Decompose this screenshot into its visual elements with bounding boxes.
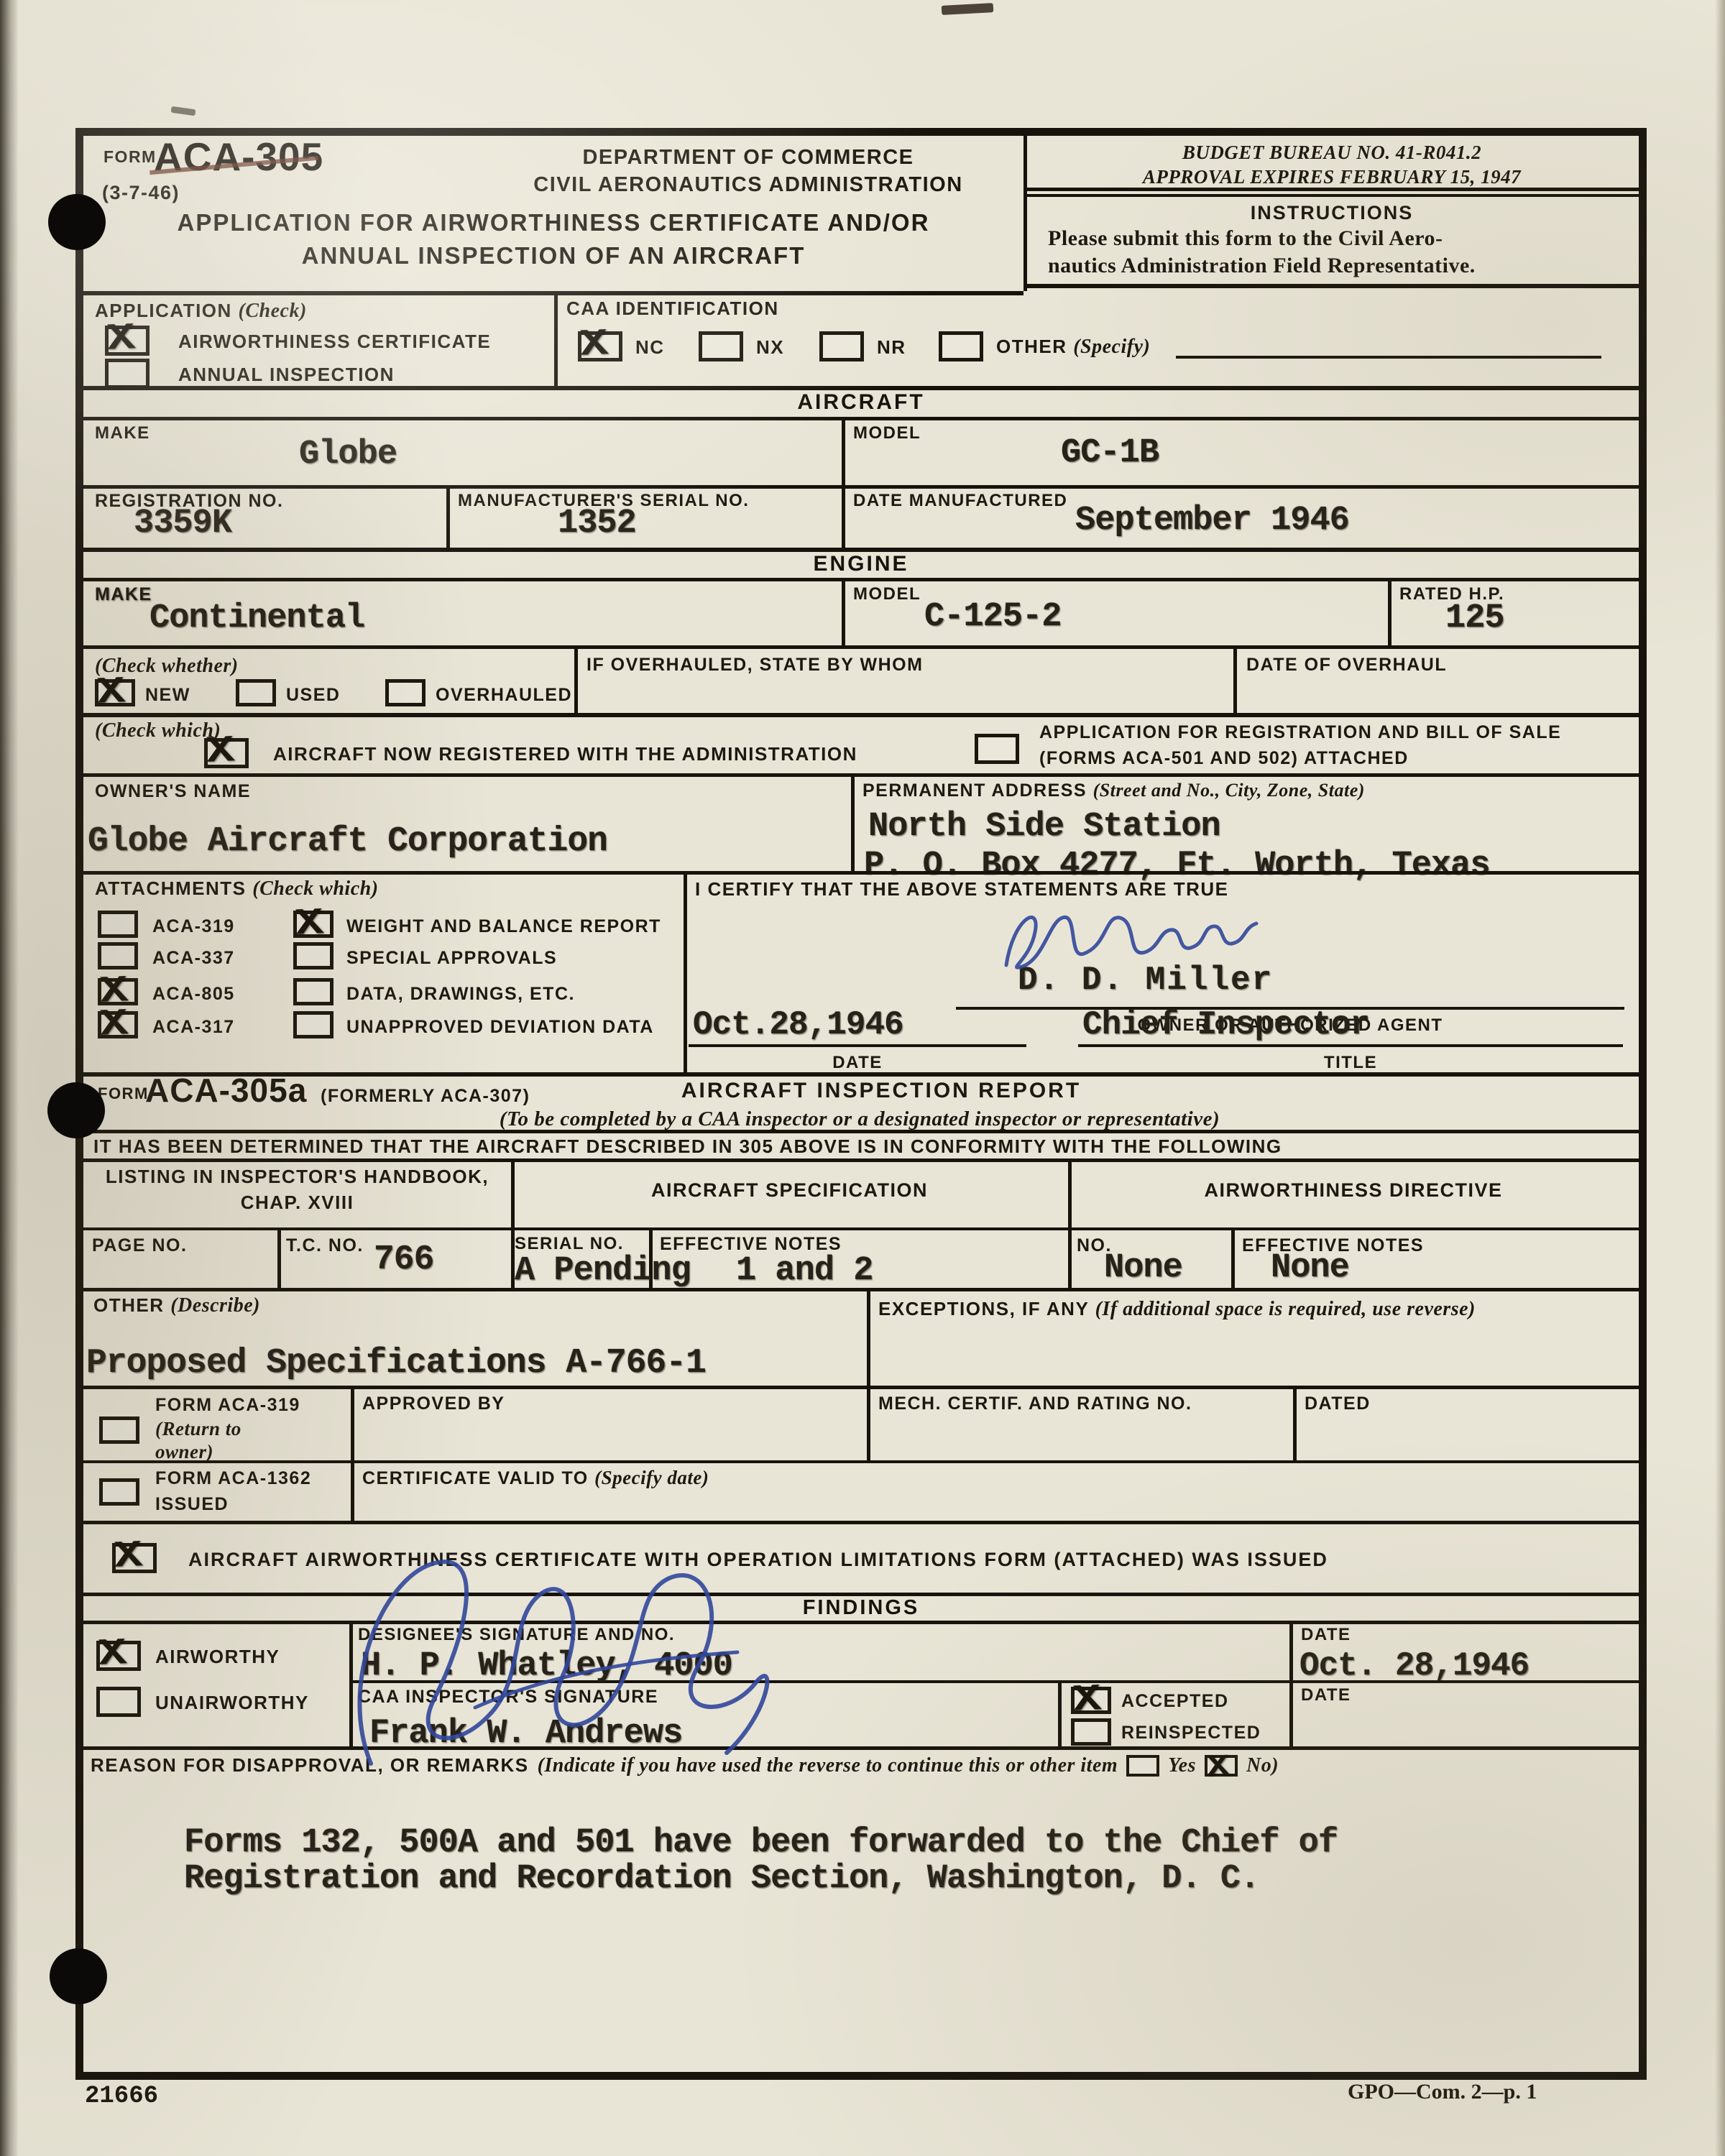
certify-date-value[interactable]: Oct.28,1946 xyxy=(693,1008,903,1041)
divider xyxy=(1058,1680,1062,1746)
checkbox-mark: X xyxy=(97,1635,127,1674)
caa-identification-label: CAA IDENTIFICATION xyxy=(566,298,779,320)
remarks-body-line2[interactable]: Registration and Recordation Section, Wa… xyxy=(184,1862,1259,1896)
form-aca-1362-checkbox[interactable] xyxy=(99,1478,139,1506)
divider xyxy=(1068,1158,1072,1288)
engine-make-value[interactable]: Continental xyxy=(149,602,364,635)
tc-no-label: T.C. NO. xyxy=(286,1235,364,1256)
budget-bureau-line1: BUDGET BUREAU NO. 41-R041.2 xyxy=(1039,142,1624,164)
date-of-overhaul-label: DATE OF OVERHAUL xyxy=(1246,655,1447,676)
divider xyxy=(842,417,845,485)
weight-balance-report-label: WEIGHT AND BALANCE REPORT xyxy=(346,916,661,937)
divider xyxy=(83,773,1639,777)
divider xyxy=(83,1621,1639,1624)
certify-title-value[interactable]: Chief Inspector xyxy=(1082,1008,1369,1041)
weight-balance-report-checkbox[interactable]: X xyxy=(293,911,333,938)
divider xyxy=(867,1288,870,1460)
engine-new-checkbox[interactable]: X xyxy=(95,679,135,706)
registration-bill-of-sale-line1: APPLICATION FOR REGISTRATION AND BILL OF… xyxy=(1039,722,1561,743)
divider xyxy=(83,1386,1639,1389)
form-aca-319-label: FORM ACA-319 xyxy=(155,1395,300,1416)
annual-inspection-label: ANNUAL INSPECTION xyxy=(178,364,395,386)
special-approvals-checkbox[interactable] xyxy=(293,942,333,969)
remarks-yes-checkbox[interactable] xyxy=(1126,1755,1159,1777)
exceptions-label: EXCEPTIONS, IF ANY (If additional space … xyxy=(878,1294,1604,1325)
aca-319-checkbox[interactable] xyxy=(98,911,138,938)
nc-checkbox[interactable]: X xyxy=(578,331,622,361)
divider xyxy=(83,1521,1639,1524)
divider xyxy=(351,1386,354,1521)
divider xyxy=(446,485,450,548)
divider xyxy=(83,1227,1639,1230)
spec-effective-notes-value[interactable]: 1 and 2 xyxy=(736,1254,873,1288)
checkbox-mark: X xyxy=(205,732,235,771)
divider xyxy=(1023,188,1639,191)
registered-with-administration-checkbox[interactable]: X xyxy=(204,738,249,768)
unapproved-deviation-label: UNAPPROVED DEVIATION DATA xyxy=(346,1017,654,1038)
permanent-address-label: PERMANENT ADDRESS (Street and No., City,… xyxy=(862,780,1365,801)
divider xyxy=(684,871,687,1072)
annual-inspection-checkbox[interactable] xyxy=(105,359,149,389)
divider xyxy=(842,485,845,548)
accepted-checkbox[interactable]: X xyxy=(1071,1687,1111,1714)
divider xyxy=(83,1072,1639,1077)
mech-certif-label: MECH. CERTIF. AND RATING NO. xyxy=(878,1393,1192,1414)
nc-label: NC xyxy=(635,337,665,359)
nx-checkbox[interactable] xyxy=(699,331,743,361)
checkbox-mark: X xyxy=(1072,1681,1102,1720)
registration-no-value[interactable]: 3359K xyxy=(134,507,231,540)
aca-337-checkbox[interactable] xyxy=(98,942,138,969)
instructions-line1: Please submit this form to the Civil Aer… xyxy=(1048,226,1443,252)
scan-smudge xyxy=(942,3,994,15)
nr-checkbox[interactable] xyxy=(819,331,864,361)
attachments-label: ATTACHMENTS (Check which) xyxy=(95,877,379,900)
owner-name-value[interactable]: Globe Aircraft Corporation xyxy=(88,824,607,859)
form-aca-319-checkbox[interactable] xyxy=(99,1416,139,1444)
nx-label: NX xyxy=(756,337,784,359)
aca-805-label: ACA-805 xyxy=(152,984,235,1005)
checkbox-mark: X xyxy=(96,673,126,712)
divider xyxy=(1023,194,1639,197)
airworthiness-directive-header: AIRWORTHINESS DIRECTIVE xyxy=(1068,1179,1639,1202)
aircraft-make-label: MAKE xyxy=(95,423,150,443)
aircraft-specification-header: AIRCRAFT SPECIFICATION xyxy=(511,1179,1068,1202)
aircraft-make-value[interactable]: Globe xyxy=(299,438,397,471)
scan-edge-shadow-left xyxy=(0,0,19,2156)
reinspected-label: REINSPECTED xyxy=(1121,1723,1261,1743)
other-describe-label: OTHER (Describe) xyxy=(93,1294,260,1317)
dated-label: DATED xyxy=(1305,1393,1371,1414)
divider xyxy=(83,713,1639,717)
unairworthy-checkbox[interactable] xyxy=(96,1687,141,1717)
handbook-listing-line2: CHAP. XVIII xyxy=(83,1192,511,1214)
scan-edge-shadow-right xyxy=(1715,0,1725,2156)
airworthy-label: AIRWORTHY xyxy=(155,1646,280,1668)
engine-overhauled-label: OVERHAULED xyxy=(436,685,572,706)
aca-319-label: ACA-319 xyxy=(152,916,235,937)
other-describe-value[interactable]: Proposed Specifications A-766-1 xyxy=(86,1346,706,1381)
form-label: FORM xyxy=(103,147,157,166)
date-manufactured-value[interactable]: September 1946 xyxy=(1075,504,1349,538)
divider xyxy=(1293,1386,1297,1460)
engine-used-label: USED xyxy=(286,685,340,706)
remarks-no-checkbox[interactable]: X xyxy=(1205,1755,1238,1777)
instructions-title: INSTRUCTIONS xyxy=(1039,202,1624,224)
unapproved-deviation-checkbox[interactable] xyxy=(293,1011,333,1038)
approved-by-label: APPROVED BY xyxy=(362,1393,505,1414)
serial-no-value[interactable]: 1352 xyxy=(558,507,636,540)
aca-337-label: ACA-337 xyxy=(152,948,235,969)
overhauled-by-whom-label: IF OVERHAULED, STATE BY WHOM xyxy=(586,655,923,676)
special-approvals-label: SPECIAL APPROVALS xyxy=(346,948,557,969)
divider xyxy=(83,1746,1639,1750)
accepted-label: ACCEPTED xyxy=(1121,1691,1229,1712)
directive-effective-notes-value[interactable]: None xyxy=(1271,1251,1349,1285)
checkbox-mark: X xyxy=(294,905,324,944)
date-line[interactable] xyxy=(689,1044,1026,1047)
form-aca-305: FORM ACA-305 (3-7-46) DEPARTMENT OF COMM… xyxy=(75,128,1647,2080)
other-checkbox[interactable] xyxy=(939,331,983,361)
airworthy-checkbox[interactable]: X xyxy=(96,1641,141,1671)
scan-smudge xyxy=(171,106,196,116)
engine-section-title: ENGINE xyxy=(83,552,1639,576)
dept-line1: DEPARTMENT OF COMMERCE xyxy=(471,146,1025,170)
spec-serial-no-label: SERIAL NO. xyxy=(515,1234,624,1254)
checkbox-mark: X xyxy=(113,1537,143,1576)
divider xyxy=(277,1227,281,1288)
page-no-label: PAGE NO. xyxy=(92,1235,187,1256)
determination-statement: IT HAS BEEN DETERMINED THAT THE AIRCRAFT… xyxy=(93,1136,1282,1158)
remarks-no-label: No) xyxy=(1246,1754,1279,1777)
divider xyxy=(554,291,558,386)
title-line[interactable] xyxy=(1078,1044,1623,1047)
spec-serial-no-value[interactable]: A Pending xyxy=(515,1254,691,1288)
remarks-body-line1[interactable]: Forms 132, 500A and 501 have been forwar… xyxy=(184,1826,1338,1860)
findings-date-label: DATE xyxy=(1301,1625,1351,1645)
other-label: OTHER (Specify) xyxy=(996,336,1150,359)
registration-bill-of-sale-checkbox[interactable] xyxy=(975,734,1019,764)
title-label: TITLE xyxy=(1078,1053,1623,1073)
rated-hp-value[interactable]: 125 xyxy=(1445,602,1504,635)
form-aca-319-hint1: (Return to xyxy=(155,1418,241,1440)
budget-bureau-line2: APPROVAL EXPIRES FEBRUARY 15, 1947 xyxy=(1039,166,1624,188)
inspection-report-title: AIRCRAFT INSPECTION REPORT xyxy=(486,1079,1276,1104)
other-specify-line[interactable] xyxy=(1176,356,1601,359)
divider xyxy=(83,1460,1639,1463)
divider xyxy=(83,578,1639,581)
date-manufactured-label: DATE MANUFACTURED xyxy=(853,491,1067,511)
form-title-line1: APPLICATION FOR AIRWORTHINESS CERTIFICAT… xyxy=(83,209,1023,236)
airworthiness-certificate-issued-checkbox[interactable]: X xyxy=(112,1543,157,1573)
data-drawings-label: DATA, DRAWINGS, ETC. xyxy=(346,984,575,1005)
engine-model-value[interactable]: C-125-2 xyxy=(924,600,1061,634)
form-aca-1362-label: FORM ACA-1362 xyxy=(155,1468,311,1489)
divider xyxy=(83,485,1639,489)
findings-date-value[interactable]: Oct. 28,1946 xyxy=(1299,1649,1529,1682)
divider xyxy=(83,871,1639,875)
dept-line2: CIVIL AERONAUTICS ADMINISTRATION xyxy=(471,173,1025,197)
engine-overhauled-checkbox[interactable] xyxy=(385,679,425,706)
form-aca-1362-issued-label: ISSUED xyxy=(155,1494,229,1515)
handbook-listing-line1: LISTING IN INSPECTOR'S HANDBOOK, xyxy=(83,1166,511,1188)
punch-hole-top xyxy=(48,194,106,250)
divider xyxy=(83,417,1639,420)
certificate-valid-to-label: CERTIFICATE VALID TO (Specify date) xyxy=(362,1467,709,1489)
inspection-form-number: ACA-305a xyxy=(145,1072,307,1110)
signature-dd-miller xyxy=(996,890,1269,991)
punch-hole-middle xyxy=(47,1082,105,1138)
footer-stock-number: 21666 xyxy=(85,2083,158,2110)
engine-used-checkbox[interactable] xyxy=(236,679,276,706)
form-title-line2: ANNUAL INSPECTION OF AN AIRCRAFT xyxy=(83,242,1023,269)
divider xyxy=(83,1158,1639,1162)
permanent-address-line1[interactable]: North Side Station xyxy=(868,810,1220,844)
airworthiness-certificate-checkbox[interactable]: X xyxy=(105,326,149,356)
aca-317-label: ACA-317 xyxy=(152,1017,235,1038)
engine-new-label: NEW xyxy=(145,685,190,706)
registration-bill-of-sale-line2: (FORMS ACA-501 AND 502) ATTACHED xyxy=(1039,748,1409,769)
divider xyxy=(1289,1621,1293,1746)
divider xyxy=(842,578,845,645)
engine-make-label: MAKE xyxy=(95,584,152,605)
inspection-report-subtitle: (To be completed by a CAA inspector or a… xyxy=(213,1107,1506,1131)
divider xyxy=(83,291,1023,295)
punch-hole-bottom xyxy=(50,1948,107,2004)
aca-805-checkbox[interactable]: X xyxy=(98,978,138,1005)
findings-section-title: FINDINGS xyxy=(83,1596,1639,1620)
airworthiness-certificate-label: AIRWORTHINESS CERTIFICATE xyxy=(178,331,491,353)
inspection-form-label: FORM xyxy=(98,1084,149,1102)
tc-no-value[interactable]: 766 xyxy=(374,1243,433,1277)
reinspected-checkbox[interactable] xyxy=(1071,1718,1111,1746)
permanent-address-line2[interactable]: P. O. Box 4277, Ft. Worth, Texas xyxy=(864,849,1490,883)
divider xyxy=(1231,1227,1235,1288)
divider xyxy=(83,1130,1639,1133)
checkbox-mark: X xyxy=(579,326,609,364)
checkbox-mark: X xyxy=(106,320,136,359)
unairworthy-label: UNAIRWORTHY xyxy=(155,1692,309,1714)
nr-label: NR xyxy=(877,337,906,359)
findings-date2-label: DATE xyxy=(1301,1685,1351,1705)
aca-317-checkbox[interactable]: X xyxy=(98,1011,138,1038)
directive-no-value[interactable]: None xyxy=(1104,1251,1182,1285)
engine-model-label: MODEL xyxy=(853,584,921,604)
registered-with-administration-label: AIRCRAFT NOW REGISTERED WITH THE ADMINIS… xyxy=(273,744,857,765)
instructions-line2: nautics Administration Field Representat… xyxy=(1048,254,1476,279)
divider xyxy=(1233,645,1237,713)
aircraft-model-label: MODEL xyxy=(853,423,921,443)
divider xyxy=(1023,284,1639,288)
checkbox-mark: X xyxy=(1205,1751,1230,1782)
divider xyxy=(1388,578,1391,645)
remarks-yes-label: Yes xyxy=(1168,1754,1196,1777)
footer-gpo-imprint: GPO—Com. 2—p. 1 xyxy=(1348,2080,1537,2104)
check-which-hint: (Check which) xyxy=(95,719,221,742)
divider xyxy=(851,773,855,871)
owner-name-label: OWNER'S NAME xyxy=(95,781,251,802)
aircraft-model-value[interactable]: GC-1B xyxy=(1061,436,1159,470)
divider xyxy=(574,645,578,713)
divider xyxy=(83,645,1639,649)
divider xyxy=(83,1288,1639,1291)
form-date: (3-7-46) xyxy=(102,182,180,204)
signature-hp-whatley xyxy=(321,1526,824,1800)
date-label: DATE xyxy=(689,1053,1026,1073)
checkbox-mark: X xyxy=(98,1005,129,1044)
data-drawings-checkbox[interactable] xyxy=(293,978,333,1005)
aircraft-section-title: AIRCRAFT xyxy=(83,390,1639,415)
